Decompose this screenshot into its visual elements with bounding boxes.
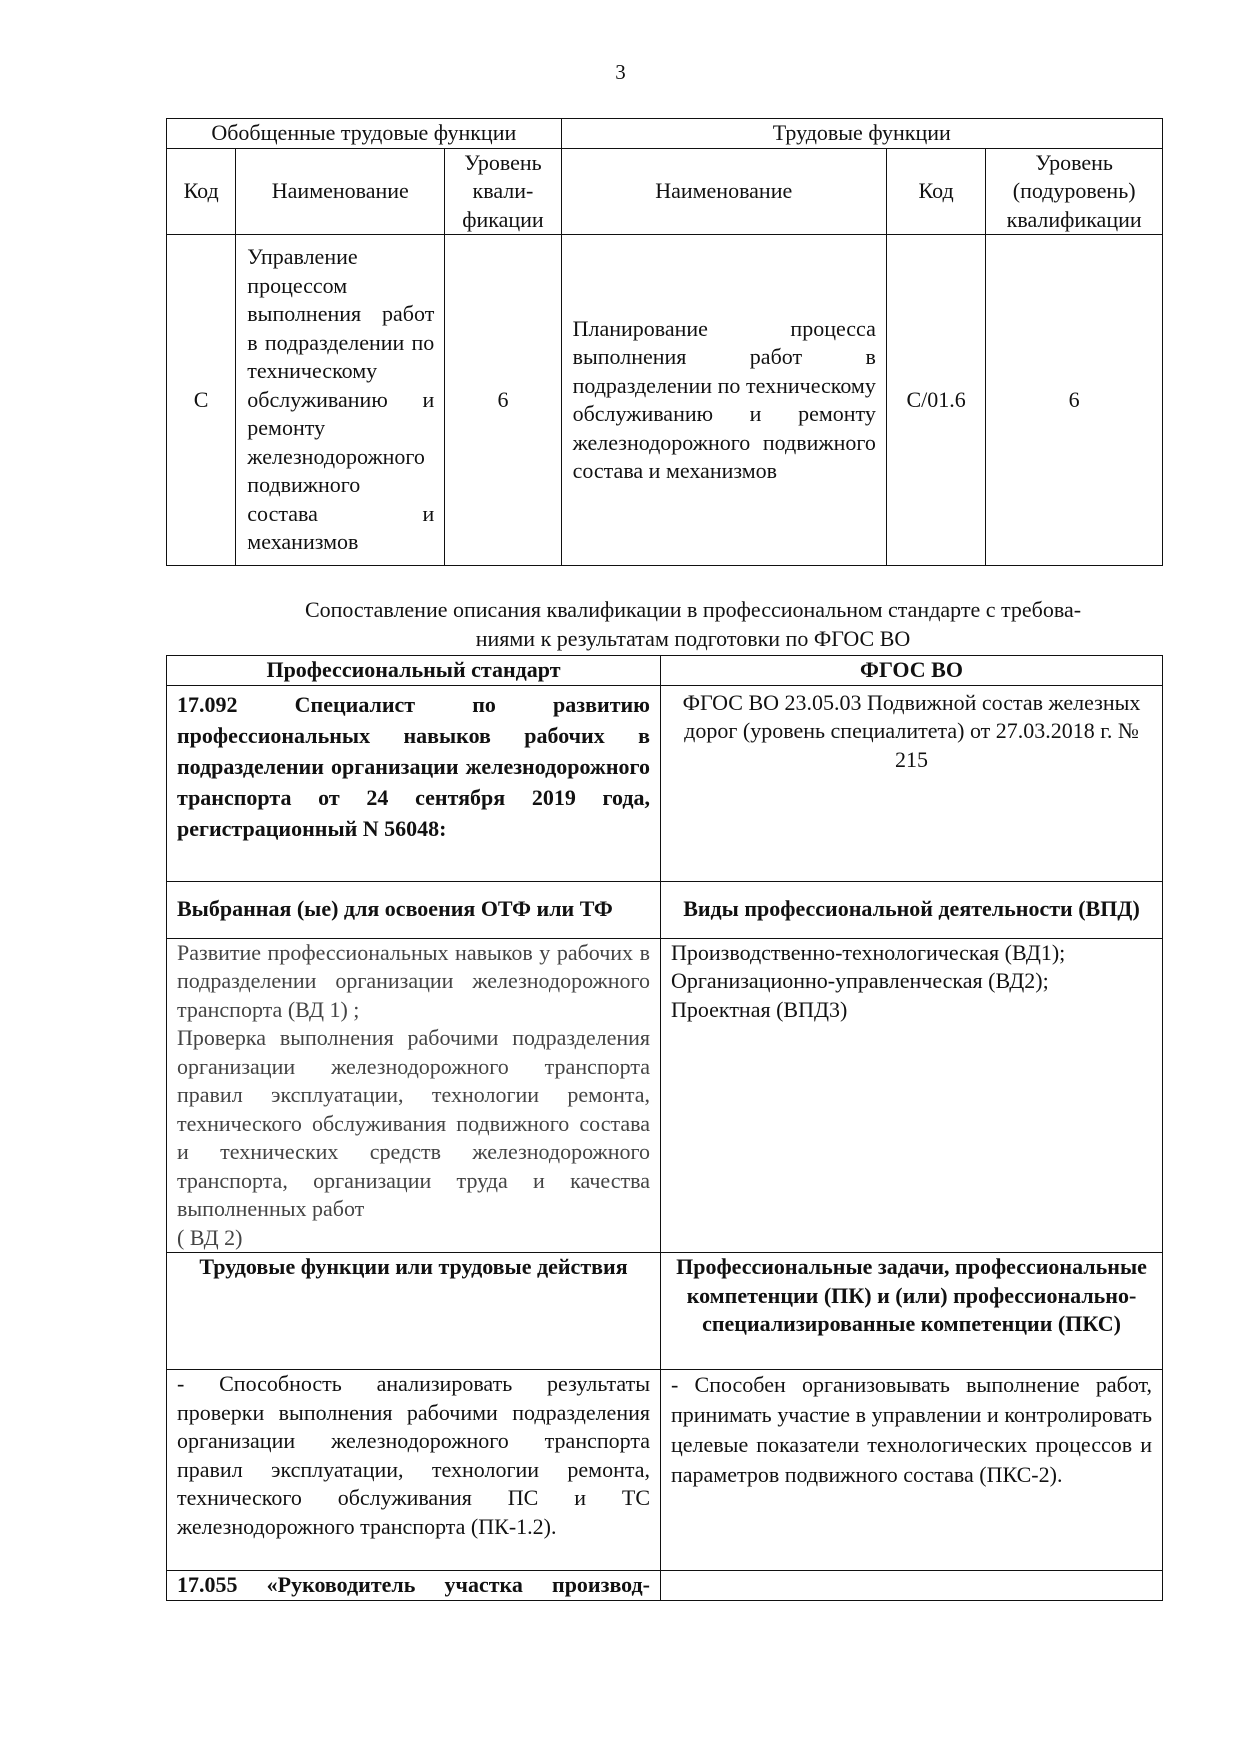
vpd-list: Производственно-технологическая (ВД1); О…	[661, 938, 1163, 1253]
otf-item: Проверка выполнения рабочими подразделен…	[177, 1024, 650, 1224]
col-name-header: Наименование	[236, 148, 445, 235]
labor-actions-header: Трудовые функции или трудовые действия	[167, 1253, 661, 1370]
next-fgos-cell	[661, 1571, 1163, 1601]
generalized-functions-header: Обобщенные трудовые функции	[167, 119, 562, 149]
page-number: 3	[0, 60, 1241, 85]
next-standard-title: 17.055 «Руководитель участка производ-	[167, 1571, 661, 1601]
vpd-item: Производственно-технологическая (ВД1);	[671, 939, 1152, 968]
col-tf-code-header: Код	[886, 148, 985, 235]
labor-action-text: - Способность анализировать результаты п…	[167, 1370, 661, 1571]
otf-selected-header: Выбранная (ые) для освоения ОТФ или ТФ	[167, 881, 661, 938]
table-row: С Управление процессом выполнения работ …	[167, 235, 1163, 566]
col-tf-name-header: Наименование	[561, 148, 886, 235]
col-tf-level-header: Уровень (подуровень) квалификации	[986, 148, 1163, 235]
vpd-item: Организационно-управленческая (ВД2);	[671, 967, 1152, 996]
caption-line-2: ниями к результатам подготовки по ФГОС В…	[476, 626, 911, 651]
table-row: Трудовые функции или трудовые действия П…	[167, 1253, 1163, 1370]
table-row: Выбранная (ые) для освоения ОТФ или ТФ В…	[167, 881, 1163, 938]
otf-item: ( ВД 2)	[177, 1224, 650, 1253]
tf-code: С/01.6	[886, 235, 985, 566]
col-level-header: Уровень квали- фикации	[445, 148, 561, 235]
table-row: Развитие профессиональных навыков у рабо…	[167, 938, 1163, 1253]
table-row: 17.055 «Руководитель участка производ-	[167, 1571, 1163, 1601]
vpd-item: Проектная (ВПД3)	[671, 996, 1152, 1025]
otf-code: С	[167, 235, 236, 566]
competency-text: - Способен организовывать выполнение раб…	[661, 1370, 1163, 1571]
table-row: 17.092 Специалист по развитию профессион…	[167, 685, 1163, 881]
tf-level: 6	[986, 235, 1163, 566]
labor-functions-header: Трудовые функции	[561, 119, 1162, 149]
labor-functions-table: Обобщенные трудовые функции Трудовые фун…	[166, 118, 1163, 566]
caption-line-1: Сопоставление описания квалификации в пр…	[240, 596, 1146, 625]
comparison-table: Профессиональный стандарт ФГОС ВО 17.092…	[166, 655, 1163, 1601]
otf-level: 6	[445, 235, 561, 566]
table-caption: Сопоставление описания квалификации в пр…	[240, 596, 1146, 653]
competencies-header: Профессиональные задачи, профессиональны…	[661, 1253, 1163, 1370]
table-row: - Способность анализировать результаты п…	[167, 1370, 1163, 1571]
fgos-title: ФГОС ВО 23.05.03 Подвижной состав железн…	[661, 685, 1163, 881]
tf-name: Планирование процесса выполнения работ в…	[561, 235, 886, 566]
otf-selected-list: Развитие профессиональных навыков у рабо…	[167, 938, 661, 1253]
otf-name: Управление процессом выполнения работ в …	[236, 235, 445, 566]
fgos-header: ФГОС ВО	[661, 656, 1163, 686]
col-code-header: Код	[167, 148, 236, 235]
otf-item: Развитие профессиональных навыков у рабо…	[177, 939, 650, 1025]
prof-standard-header: Профессиональный стандарт	[167, 656, 661, 686]
vpd-header: Виды профессиональной деятельности (ВПД)	[661, 881, 1163, 938]
prof-standard-title: 17.092 Специалист по развитию профессион…	[167, 685, 661, 881]
